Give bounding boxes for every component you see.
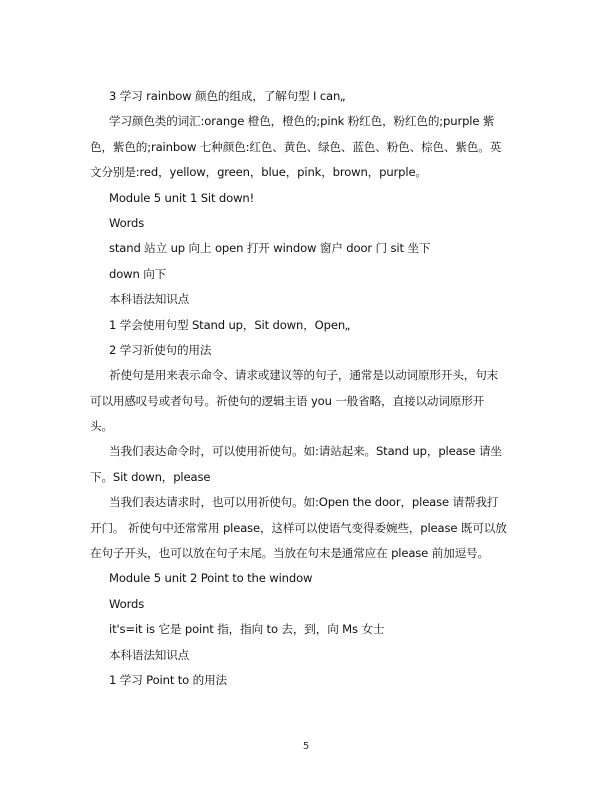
paragraph-line: 在句子开头，也可以放在句子末尾。当放在句末是通常应在 please 前加逗号。 xyxy=(90,541,520,566)
paragraph-line: 下。Sit down，please xyxy=(90,465,520,490)
subheading: Words xyxy=(90,592,520,617)
paragraph-line: 可以用感叹号或者句号。祈使句的逻辑主语 you 一般省略，直接以动词原形开 xyxy=(90,389,520,414)
subheading: 本科语法知识点 xyxy=(90,643,520,668)
paragraph-line: 学习颜色类的词汇:orange 橙色，橙色的;pink 粉红色，粉红色的;pur… xyxy=(90,109,520,134)
paragraph-line: 祈使句是用来表示命令、请求或建议等的句子，通常是以动词原形开头，句末 xyxy=(90,363,520,388)
paragraph-line: 当我们表达请求时，也可以用祈使句。如:Open the door，please … xyxy=(90,490,520,515)
paragraph-line: stand 站立 up 向上 open 打开 window 窗户 door 门 … xyxy=(90,236,520,261)
paragraph-line: 文分别是:red，yellow，green，blue，pink，brown，pu… xyxy=(90,160,520,185)
document-page: 3 学习 rainbow 颜色的组成，了解句型 I can„ 学习颜色类的词汇:… xyxy=(90,84,520,693)
page-number: 5 xyxy=(0,741,612,752)
paragraph-line: 头。 xyxy=(90,414,520,439)
paragraph-line: it's=it is 它是 point 指，指向 to 去，到，向 Ms 女士 xyxy=(90,617,520,642)
paragraph-line: down 向下 xyxy=(90,262,520,287)
paragraph-line: 1 学会使用句型 Stand up，Sit down，Open„ xyxy=(90,313,520,338)
paragraph-line: 当我们表达命令时，可以使用祈使句。如:请站起来。Stand up，please … xyxy=(90,439,520,464)
paragraph-line: 1 学习 Point to 的用法 xyxy=(90,668,520,693)
subheading: Words xyxy=(90,211,520,236)
paragraph-line: 色，紫色的;rainbow 七种颜色:红色、黄色、绿色、蓝色、粉色、棕色、紫色。… xyxy=(90,135,520,160)
paragraph-line: 开门。 祈使句中还常常用 please，这样可以使语气变得委婉些，please … xyxy=(90,516,520,541)
section-heading: Module 5 unit 2 Point to the window xyxy=(90,566,520,591)
paragraph-line: 3 学习 rainbow 颜色的组成，了解句型 I can„ xyxy=(90,84,520,109)
paragraph-line: 2 学习祈使句的用法 xyxy=(90,338,520,363)
subheading: 本科语法知识点 xyxy=(90,287,520,312)
section-heading: Module 5 unit 1 Sit down! xyxy=(90,186,520,211)
